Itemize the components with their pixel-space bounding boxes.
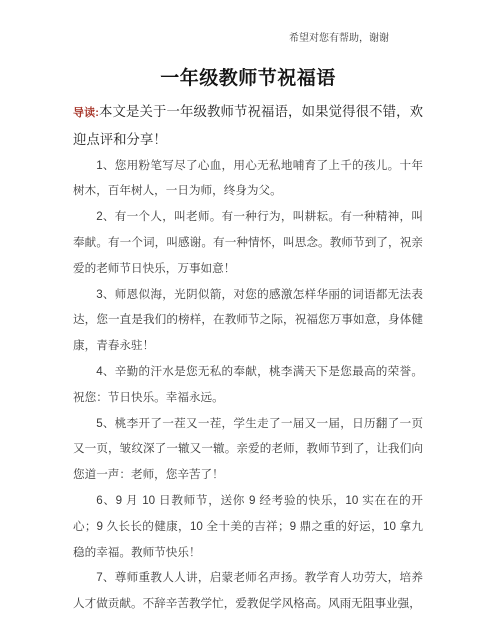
document-body: 1、您用粉笔写尽了心血，用心无私地哺育了上千的孩儿。十年树木，百年树人，一日为师… <box>73 153 423 617</box>
intro-label: 导读: <box>73 107 99 119</box>
paragraph-7: 7、尊师重教人人讲，启蒙老师名声扬。教学育人功劳大，培养人才做贡献。不辞辛苦教学… <box>73 565 423 617</box>
intro-paragraph: 导读:本文是关于一年级教师节祝福语，如果觉得很不错，欢迎点评和分享！ <box>73 99 423 153</box>
paragraph-2: 2、有一个人，叫老师。有一种行为，叫耕耘。有一种精神，叫奉献。有一个词，叫感谢。… <box>73 204 423 281</box>
intro-text: 本文是关于一年级教师节祝福语，如果觉得很不错，欢迎点评和分享！ <box>73 104 423 147</box>
paragraph-1: 1、您用粉笔写尽了心血，用心无私地哺育了上千的孩儿。十年树木，百年树人，一日为师… <box>73 153 423 205</box>
paragraph-3: 3、师恩似海，光阴似箭，对您的感激怎样华丽的词语都无法表达，您一直是我们的榜样，… <box>73 282 423 359</box>
paragraph-5: 5、桃李开了一茬又一茬，学生走了一届又一届，日历翻了一页又一页，皱纹深了一辙又一… <box>73 411 423 488</box>
paragraph-6: 6、9 月 10 日教师节，送你 9 经考验的快乐，10 实在在的开心；9 久长… <box>73 488 423 565</box>
header-note: 希望对您有帮助，谢谢 <box>289 33 389 45</box>
paragraph-4: 4、辛勤的汗水是您无私的奉献，桃李满天下是您最高的荣誉。祝您：节日快乐。幸福永远… <box>73 359 423 411</box>
document-content: 导读:本文是关于一年级教师节祝福语，如果觉得很不错，欢迎点评和分享！ 1、您用粉… <box>73 99 423 617</box>
page-title: 一年级教师节祝福语 <box>0 63 496 90</box>
document-page: 希望对您有帮助，谢谢 一年级教师节祝福语 导读:本文是关于一年级教师节祝福语，如… <box>0 0 496 631</box>
